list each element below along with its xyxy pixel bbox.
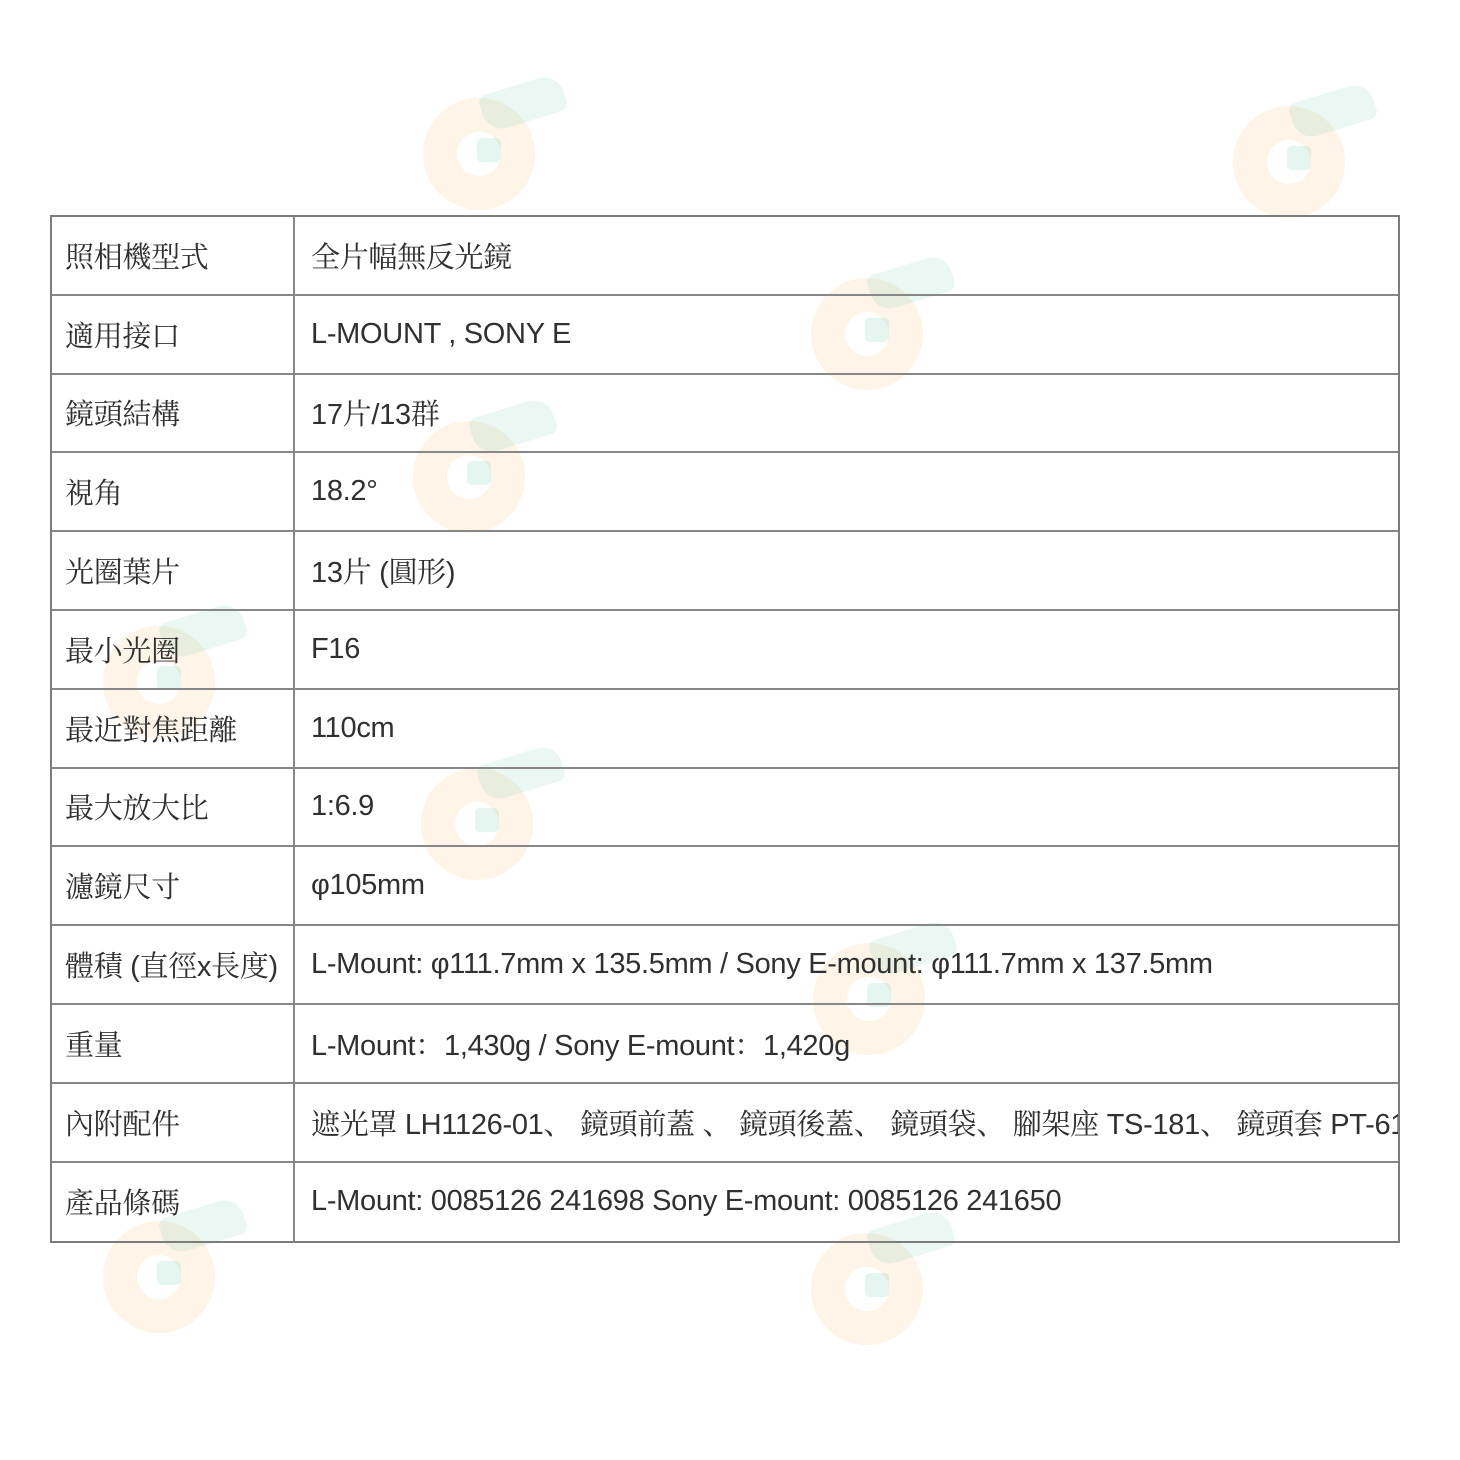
- spec-row-min-aperture: 最小光圈 F16: [52, 611, 1398, 690]
- spec-value: φ105mm: [295, 847, 1398, 924]
- spec-row-dimensions: 體積 (直徑x長度) L-Mount: φ111.7mm x 135.5mm /…: [52, 926, 1398, 1005]
- spec-value: L-Mount: 0085126 241698 Sony E-mount: 00…: [295, 1163, 1398, 1242]
- spec-value: 17片/13群: [295, 375, 1398, 452]
- spec-label: 適用接口: [52, 296, 295, 373]
- spec-label: 內附配件: [52, 1084, 295, 1161]
- spec-row-weight: 重量 L-Mount：1,430g / Sony E-mount：1,420g: [52, 1005, 1398, 1084]
- spec-label: 最小光圈: [52, 611, 295, 688]
- spec-label: 鏡頭結構: [52, 375, 295, 452]
- spec-value: 13片 (圓形): [295, 532, 1398, 609]
- spec-row-aperture-blades: 光圈葉片 13片 (圓形): [52, 532, 1398, 611]
- spec-label: 光圈葉片: [52, 532, 295, 609]
- spec-row-angle-of-view: 視角 18.2°: [52, 453, 1398, 532]
- spec-value: 1:6.9: [295, 769, 1398, 846]
- spec-value: 18.2°: [295, 453, 1398, 530]
- spec-value: F16: [295, 611, 1398, 688]
- spec-label: 產品條碼: [52, 1163, 295, 1242]
- spec-value: 110cm: [295, 690, 1398, 767]
- spec-table: 照相機型式 全片幅無反光鏡 適用接口 L-MOUNT , SONY E 鏡頭結構…: [50, 215, 1400, 1243]
- spec-label: 重量: [52, 1005, 295, 1082]
- spec-value: 遮光罩 LH1126-01、 鏡頭前蓋 、 鏡頭後蓋、 鏡頭袋、 腳架座 TS-…: [295, 1084, 1398, 1161]
- spec-row-min-focus-distance: 最近對焦距離 110cm: [52, 690, 1398, 769]
- spec-label: 最大放大比: [52, 769, 295, 846]
- spec-label: 體積 (直徑x長度): [52, 926, 295, 1003]
- spec-row-barcode: 產品條碼 L-Mount: 0085126 241698 Sony E-moun…: [52, 1163, 1398, 1242]
- spec-row-filter-size: 濾鏡尺寸 φ105mm: [52, 847, 1398, 926]
- spec-value: 全片幅無反光鏡: [295, 217, 1398, 294]
- spec-value: L-MOUNT , SONY E: [295, 296, 1398, 373]
- brand-watermark-icon: [415, 80, 575, 230]
- spec-row-camera-type: 照相機型式 全片幅無反光鏡: [52, 217, 1398, 296]
- spec-row-included-accessories: 內附配件 遮光罩 LH1126-01、 鏡頭前蓋 、 鏡頭後蓋、 鏡頭袋、 腳架…: [52, 1084, 1398, 1163]
- spec-row-max-magnification: 最大放大比 1:6.9: [52, 769, 1398, 848]
- spec-row-mount: 適用接口 L-MOUNT , SONY E: [52, 296, 1398, 375]
- spec-label: 視角: [52, 453, 295, 530]
- spec-label: 濾鏡尺寸: [52, 847, 295, 924]
- spec-label: 照相機型式: [52, 217, 295, 294]
- spec-page: 照相機型式 全片幅無反光鏡 適用接口 L-MOUNT , SONY E 鏡頭結構…: [0, 0, 1460, 1460]
- spec-label: 最近對焦距離: [52, 690, 295, 767]
- spec-row-lens-construction: 鏡頭結構 17片/13群: [52, 375, 1398, 454]
- spec-value: L-Mount: φ111.7mm x 135.5mm / Sony E-mou…: [295, 926, 1398, 1003]
- spec-value: L-Mount：1,430g / Sony E-mount：1,420g: [295, 1005, 1398, 1082]
